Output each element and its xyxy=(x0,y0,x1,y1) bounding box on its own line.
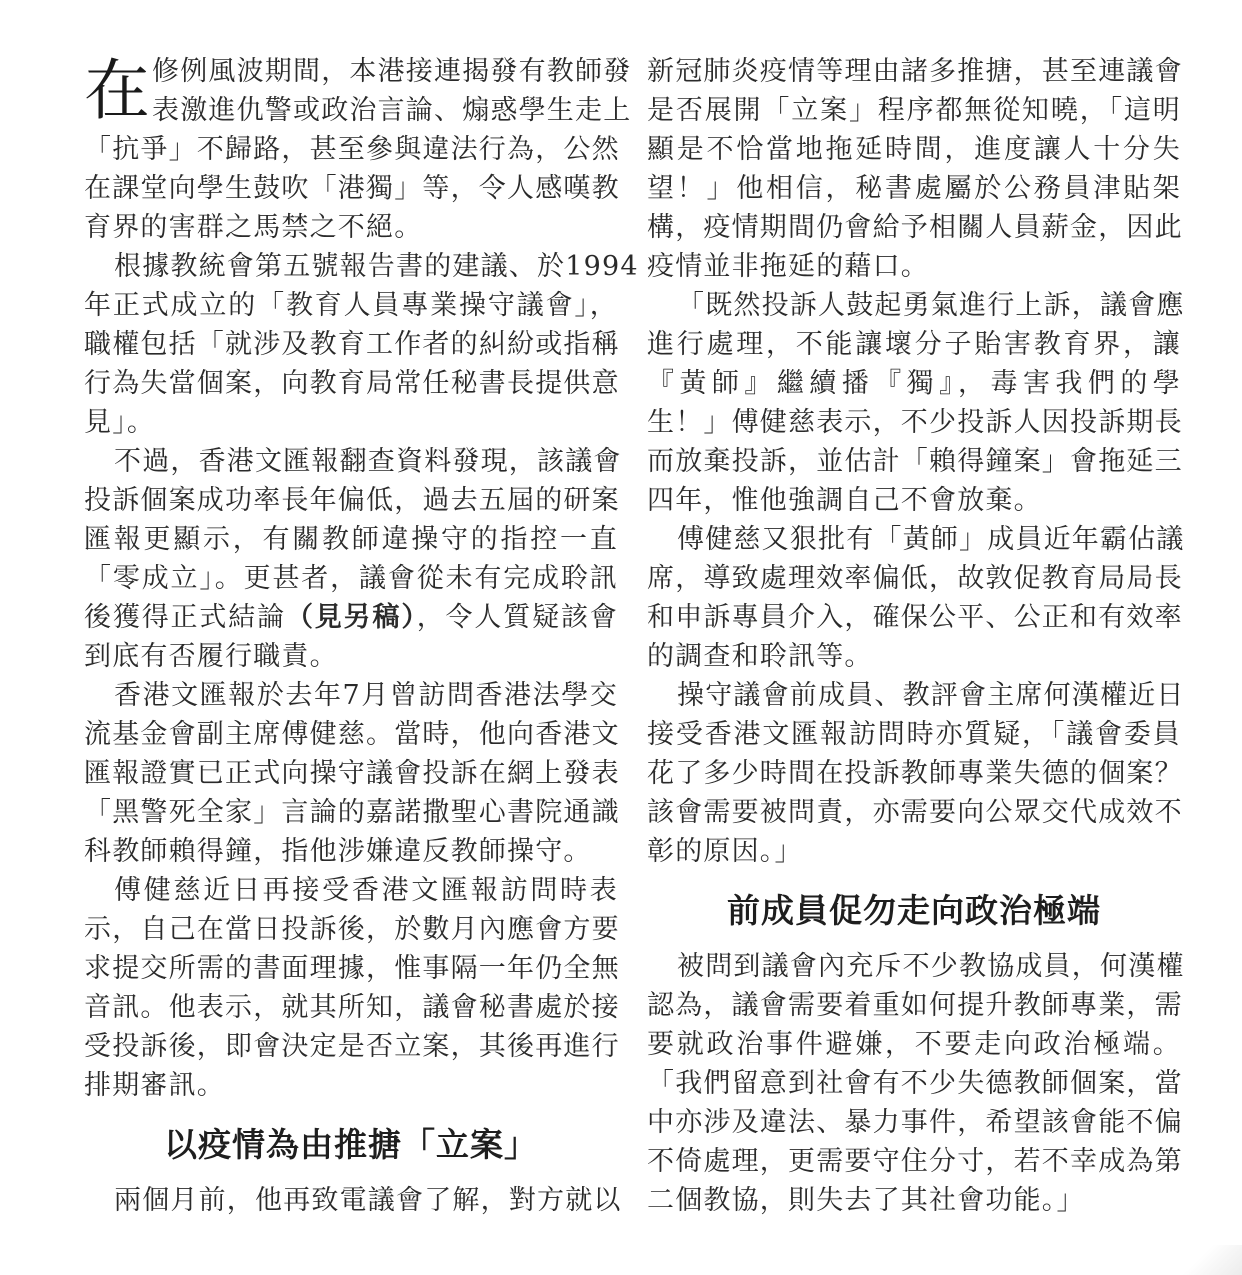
text-line: 香港文匯報於去年7月曾訪問香港法學交 xyxy=(84,676,618,715)
text-line: 匯報更顯示，有關教師違操守的指控一直 xyxy=(84,520,618,559)
paragraph: 操守議會前成員、教評會主席何漢權近日 接受香港文匯報訪問時亦質疑，「議會委員 花… xyxy=(647,676,1181,871)
paragraph: 傅健慈又狠批有「黃師」成員近年霸佔議 席，導致處理效率偏低，故敦促教育局局長 和… xyxy=(647,520,1181,676)
text-line: 科教師賴得鐘，指他涉嫌違反教師操守。 xyxy=(84,832,618,871)
text-line: 傅健慈近日再接受香港文匯報訪問時表 xyxy=(84,871,618,910)
text-line: 和申訴專員介入，確保公平、公正和有效率 xyxy=(647,598,1181,637)
text-line: 接受香港文匯報訪問時亦質疑，「議會委員 xyxy=(647,715,1181,754)
text-line: 「零成立」。更甚者，議會從未有完成聆訊 xyxy=(84,559,618,598)
text-line: 望！」他相信，秘書處屬於公務員津貼架 xyxy=(647,169,1181,208)
text-line: 花了多少時間在投訴教師專業失德的個案？ xyxy=(647,754,1181,793)
paragraph-5: 傅健慈近日再接受香港文匯報訪問時表 示，自己在當日投訴後，於數月內應會方要 求提… xyxy=(84,871,618,1105)
text-line: 後獲得正式結論（見另稿），令人質疑該會 xyxy=(84,598,618,637)
text-line: 年正式成立的「教育人員專業操守議會」， xyxy=(84,286,618,325)
text-line: 在課堂向學生鼓吹「港獨」等，令人感嘆教 xyxy=(84,169,618,208)
text-line: 到底有否履行職責。 xyxy=(84,637,618,676)
text-line: 行為失當個案，向教育局常任秘書長提供意 xyxy=(84,364,618,403)
text-line: 求提交所需的書面理據，惟事隔一年仍全無 xyxy=(84,949,618,988)
text-line: 修例風波期間，本港接連揭發有教師發 xyxy=(84,52,618,91)
text-line: 是否展開「立案」程序都無從知曉，「這明 xyxy=(647,91,1181,130)
paragraph-2: 根據教統會第五號報告書的建議、於1994 年正式成立的「教育人員專業操守議會」，… xyxy=(84,247,618,442)
text-line: 見」。 xyxy=(84,403,618,442)
paragraph-continued: 新冠肺炎疫情等理由諸多推搪，甚至連議會 是否展開「立案」程序都無從知曉，「這明 … xyxy=(647,52,1181,286)
text-line: 新冠肺炎疫情等理由諸多推搪，甚至連議會 xyxy=(647,52,1181,91)
right-column: 新冠肺炎疫情等理由諸多推搪，甚至連議會 是否展開「立案」程序都無從知曉，「這明 … xyxy=(647,52,1181,1220)
text-line: 示，自己在當日投訴後，於數月內應會方要 xyxy=(84,910,618,949)
paragraph: 被問到議會內充斥不少教協成員，何漢權 認為，議會需要着重如何提升教師專業，需 要… xyxy=(647,947,1181,1220)
see-other-article-note: （見另稿） xyxy=(286,602,417,633)
text-line: 要就政治事件避嫌，不要走向政治極端。 xyxy=(647,1025,1181,1064)
text-line: 不過，香港文匯報翻查資料發現，該議會 xyxy=(84,442,618,481)
text-line: 認為，議會需要着重如何提升教師專業，需 xyxy=(647,986,1181,1025)
text-line: 音訊。他表示，就其所知，議會秘書處於接 xyxy=(84,988,618,1027)
text-line: 流基金會副主席傅健慈。當時，他向香港文 xyxy=(84,715,618,754)
paragraph-3: 不過，香港文匯報翻查資料發現，該議會 投訴個案成功率長年偏低，過去五屆的研案 匯… xyxy=(84,442,618,676)
left-column: 在 修例風波期間，本港接連揭發有教師發 表激進仇警或政治言論、煽惑學生走上 「抗… xyxy=(84,52,618,1220)
text-line: 二個教協，則失去了其社會功能。」 xyxy=(647,1181,1181,1220)
paragraph-quote: 「既然投訴人鼓起勇氣進行上訴，議會應 進行處理，不能讓壞分子貽害教育界，讓 『黃… xyxy=(647,286,1181,520)
drop-cap: 在 xyxy=(84,54,150,128)
text-line: 而放棄投訴，並估計「賴得鐘案」會拖延三 xyxy=(647,442,1181,481)
text-line: 中亦涉及違法、暴力事件，希望該會能不偏 xyxy=(647,1103,1181,1142)
paragraph-1: 在 修例風波期間，本港接連揭發有教師發 表激進仇警或政治言論、煽惑學生走上 「抗… xyxy=(84,52,618,247)
text-line: 表激進仇警或政治言論、煽惑學生走上 xyxy=(84,91,618,130)
text-line: 『黃師』繼續播『獨』，毒害我們的學 xyxy=(647,364,1181,403)
text-line: 四年，惟他強調自己不會放棄。 xyxy=(647,481,1181,520)
text-run: 後獲得正式結論 xyxy=(84,602,286,633)
text-line: 進行處理，不能讓壞分子貽害教育界，讓 xyxy=(647,325,1181,364)
text-line: 根據教統會第五號報告書的建議、於1994 xyxy=(84,247,618,286)
text-line: 排期審訊。 xyxy=(84,1066,618,1105)
text-line: 投訴個案成功率長年偏低，過去五屆的研案 xyxy=(84,481,618,520)
paragraph-4: 香港文匯報於去年7月曾訪問香港法學交 流基金會副主席傅健慈。當時，他向香港文 匯… xyxy=(84,676,618,871)
text-line: 該會需要被問責，亦需要向公眾交代成效不 xyxy=(647,793,1181,832)
text-line: 的調查和聆訊等。 xyxy=(647,637,1181,676)
text-line: 彰的原因。」 xyxy=(647,832,1181,871)
text-line: 兩個月前，他再致電議會了解，對方就以 xyxy=(84,1181,618,1220)
page-corner-shadow xyxy=(1172,1245,1242,1275)
text-line: 受投訴後，即會決定是否立案，其後再進行 xyxy=(84,1027,618,1066)
text-line: 「我們留意到社會有不少失德教師個案，當 xyxy=(647,1064,1181,1103)
subheading: 前成員促勿走向政治極端 xyxy=(647,875,1181,947)
text-line: 職權包括「就涉及教育工作者的糾紛或指稱 xyxy=(84,325,618,364)
text-line: 席，導致處理效率偏低，故敦促教育局局長 xyxy=(647,559,1181,598)
text-line: 疫情並非拖延的藉口。 xyxy=(647,247,1181,286)
text-line: 「抗爭」不歸路，甚至參與違法行為，公然 xyxy=(84,130,618,169)
text-line: 構，疫情期間仍會給予相關人員薪金，因此 xyxy=(647,208,1181,247)
text-line: 育界的害群之馬禁之不絕。 xyxy=(84,208,618,247)
text-line: 傅健慈又狠批有「黃師」成員近年霸佔議 xyxy=(647,520,1181,559)
text-line: 「黑警死全家」言論的嘉諾撒聖心書院通識 xyxy=(84,793,618,832)
paragraph-6: 兩個月前，他再致電議會了解，對方就以 xyxy=(84,1181,618,1220)
text-line: 生！」傅健慈表示，不少投訴人因投訴期長 xyxy=(647,403,1181,442)
text-line: 顯是不恰當地拖延時間，進度讓人十分失 xyxy=(647,130,1181,169)
text-line: 被問到議會內充斥不少教協成員，何漢權 xyxy=(647,947,1181,986)
text-line: 不倚處理，更需要守住分寸，若不幸成為第 xyxy=(647,1142,1181,1181)
text-line: 匯報證實已正式向操守議會投訴在網上發表 xyxy=(84,754,618,793)
subheading: 以疫情為由推搪「立案」 xyxy=(84,1109,618,1181)
text-line: 操守議會前成員、教評會主席何漢權近日 xyxy=(647,676,1181,715)
text-run: ，令人質疑該會 xyxy=(417,602,618,633)
text-line: 「既然投訴人鼓起勇氣進行上訴，議會應 xyxy=(647,286,1181,325)
